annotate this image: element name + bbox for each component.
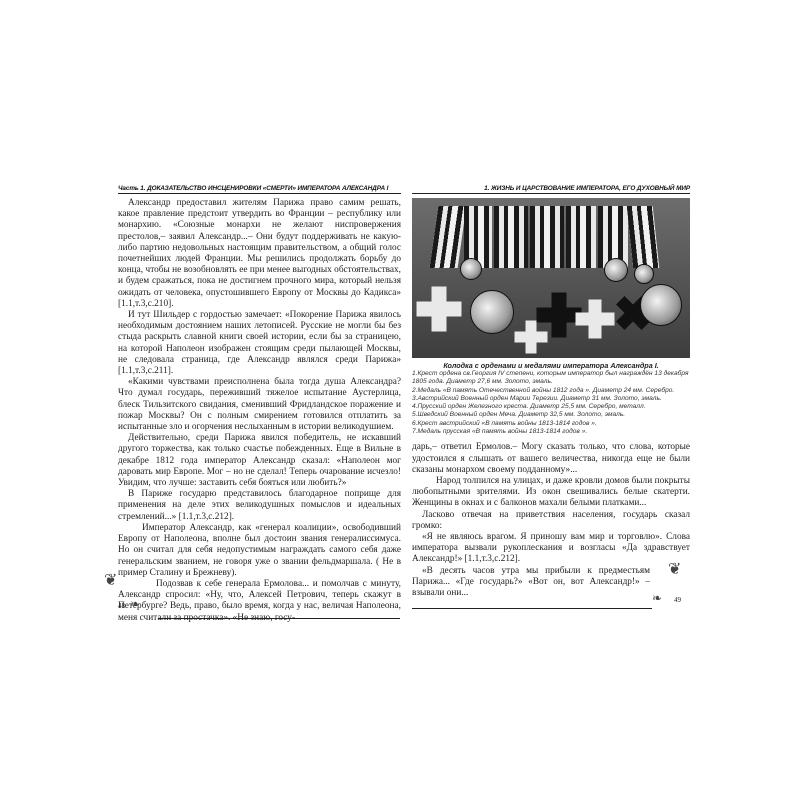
caption-item: 6.Крест австрийский «В память войны 1813… (412, 420, 690, 428)
medals-photo (412, 198, 690, 358)
paragraph: Император Александр, как «генерал коалиц… (118, 523, 401, 579)
paragraph: Народ толпился на улицах, и даже кровли … (412, 476, 690, 510)
page-number-left: 48 (118, 602, 125, 610)
running-head-left: Часть 1. ДОКАЗАТЕЛЬСТВО ИНСЦЕНИРОВКИ «СМ… (118, 185, 401, 194)
caption-item: 3.Австрийский Военный орден Марии Терези… (412, 395, 690, 403)
caption-item: 5.Шведский Военный орден Меча. Диаметр 3… (412, 411, 690, 419)
paragraph: «Я не являюсь врагом. Я приношу вам мир … (412, 532, 690, 566)
figure-caption-title: Колодка с орденами и медалями императора… (412, 361, 690, 370)
figure-caption-list: 1.Крест ордена св.Георгия IV степени, ко… (412, 370, 690, 436)
paragraph: «В десять часов утра мы прибыли к предме… (412, 566, 650, 600)
page-number-right: 49 (674, 596, 681, 604)
floral-ornament-icon: ❦ (668, 562, 681, 578)
floral-ornament-icon: ❧ (130, 596, 140, 612)
running-head-right: 1. ЖИЗНЬ И ЦАРСТВОВАНИЕ ИМПЕРАТОРА, ЕГО … (412, 185, 690, 194)
paragraph: И тут Шильдер с гордостью замечает: «Пок… (118, 310, 401, 377)
caption-item: 1.Крест ордена св.Георгия IV степени, ко… (412, 370, 690, 387)
caption-item: 2.Медаль «В память Отечественной войны 1… (412, 387, 690, 395)
paragraph: «Какими чувствами преисполнена была тогд… (118, 377, 401, 433)
left-page: Часть 1. ДОКАЗАТЕЛЬСТВО ИНСЦЕНИРОВКИ «СМ… (118, 185, 401, 625)
paragraph: Подозвав к себе генерала Ермолова... и п… (118, 579, 401, 624)
paragraph: В Париже государю представилось благодар… (118, 489, 401, 523)
paragraph: дарь,– ответил Ермолов.– Могу сказать то… (412, 442, 690, 476)
right-page: 1. ЖИЗНЬ И ЦАРСТВОВАНИЕ ИМПЕРАТОРА, ЕГО … (412, 185, 690, 625)
paragraph: Ласково отвечая на приветствия населения… (412, 510, 690, 532)
floral-ornament-icon: ❦ (104, 573, 117, 589)
footer-rule-left (158, 618, 400, 619)
paragraph: Александр предоставил жителям Парижа пра… (118, 198, 401, 310)
paragraph: Действительно, среди Парижа явился побед… (118, 433, 401, 489)
floral-ornament-icon: ❧ (652, 590, 662, 606)
caption-item: 7.Медаль прусская «В память войны 1813-1… (412, 428, 690, 436)
footer-rule-right (412, 608, 652, 609)
